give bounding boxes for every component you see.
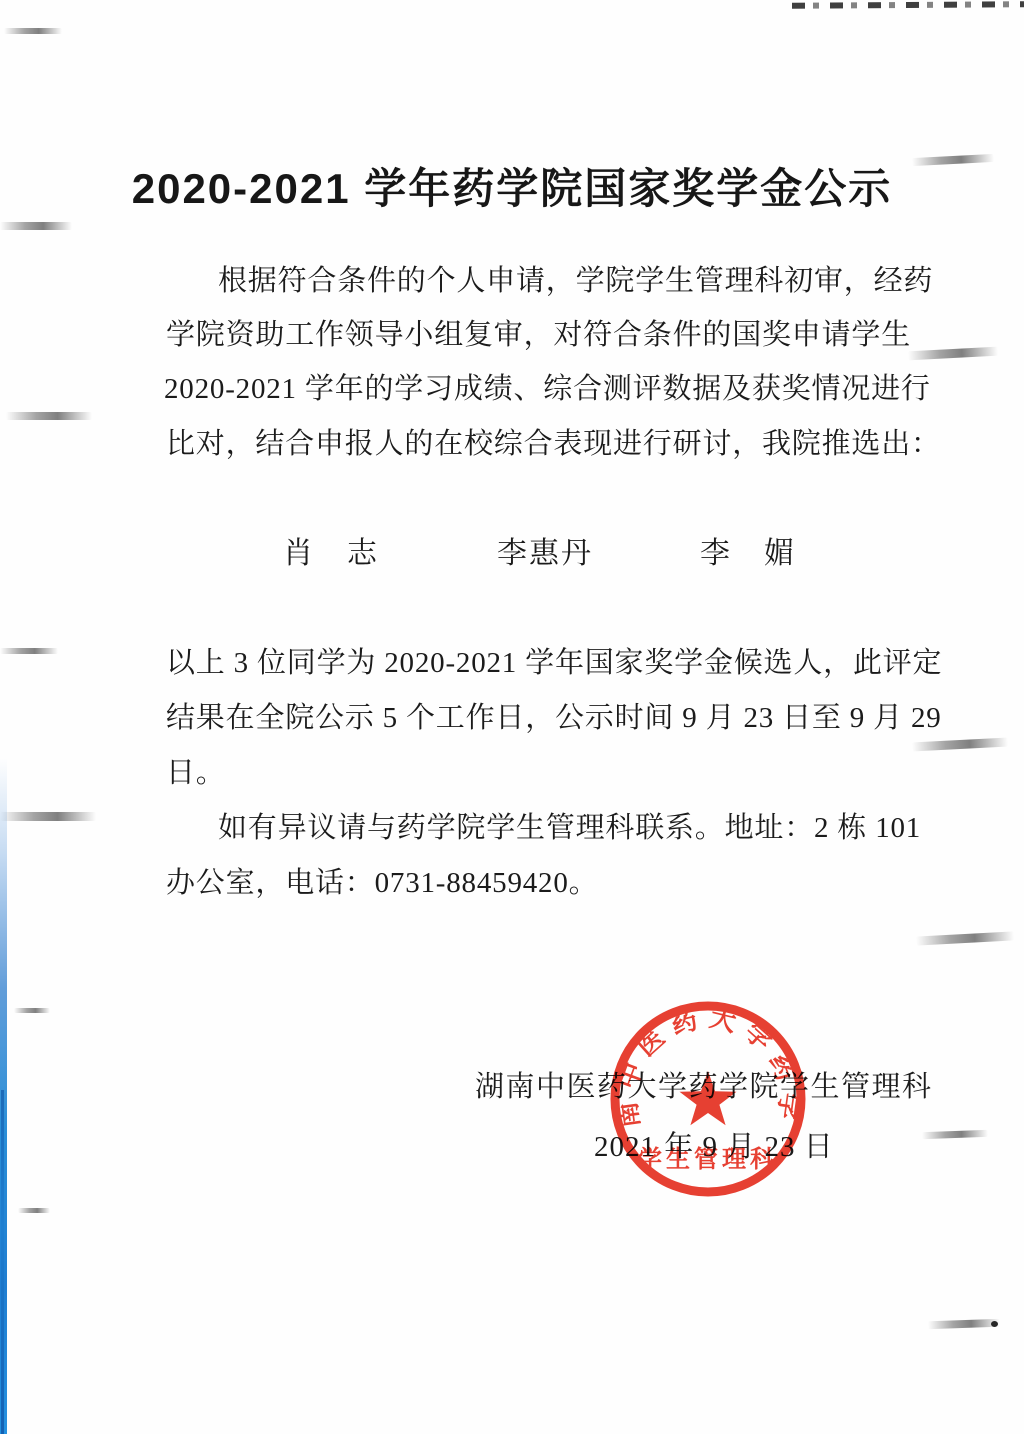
scan-smudge-left-4 bbox=[0, 648, 58, 654]
para1-line2: 学院资助工作领导小组复审，对符合条件的国奖申请学生 bbox=[166, 312, 911, 353]
official-seal: 湖南中医药大学药学院 学生管理科 bbox=[608, 999, 808, 1199]
seal-star bbox=[680, 1071, 737, 1125]
scan-smudge-left-7 bbox=[18, 1208, 50, 1213]
scan-smudge-left-6 bbox=[14, 1008, 50, 1013]
para3-line2: 办公室，电话：0731-88459420。 bbox=[166, 860, 598, 901]
candidate-name-1: 肖 志 bbox=[283, 528, 379, 572]
para2-line2: 结果在全院公示 5 个工作日，公示时间 9 月 23 日至 9 月 29 bbox=[166, 695, 942, 736]
para1-line1: 根据符合条件的个人申请，学院学生管理科初审，经药 bbox=[218, 258, 933, 299]
scan-smudge-left-3 bbox=[6, 412, 92, 420]
scan-smudge-left-2 bbox=[0, 222, 72, 230]
scan-smudge-right-6 bbox=[928, 1319, 1000, 1330]
scanned-document-page: { "page": { "background": "#fefefe", "in… bbox=[0, 0, 1024, 1434]
scan-smudge-right-3 bbox=[912, 737, 1008, 751]
scan-smudge-right-2 bbox=[908, 347, 998, 361]
scan-smudge-right-5 bbox=[922, 1130, 988, 1139]
document-title: 2020-2021 学年药学院国家奖学金公示 bbox=[0, 156, 1024, 216]
scan-smudge-left-1 bbox=[4, 28, 62, 34]
candidate-name-3: 李 媚 bbox=[700, 528, 796, 572]
seal-bottom-text: 学生管理科 bbox=[638, 1145, 778, 1173]
para2-line3: 日。 bbox=[166, 750, 226, 791]
candidate-name-2: 李惠丹 bbox=[497, 528, 593, 572]
scan-dash-streak bbox=[792, 1, 1024, 9]
para2-line1: 以上 3 位同学为 2020-2021 学年国家奖学金候选人，此评定 bbox=[166, 640, 942, 681]
scan-blue-edge-core bbox=[1, 1090, 4, 1434]
scan-smudge-left-5 bbox=[0, 812, 96, 821]
para3-line1: 如有异议请与药学院学生管理科联系。地址：2 栋 101 bbox=[218, 805, 921, 846]
scan-smudge-right-4 bbox=[916, 931, 1014, 945]
para1-line3: 2020-2021 学年的学习成绩、综合测评数据及获奖情况进行 bbox=[164, 366, 931, 407]
para1-line4: 比对，结合申报人的在校综合表现进行研讨，我院推选出： bbox=[166, 421, 941, 462]
scan-ink-dot bbox=[991, 1321, 998, 1327]
